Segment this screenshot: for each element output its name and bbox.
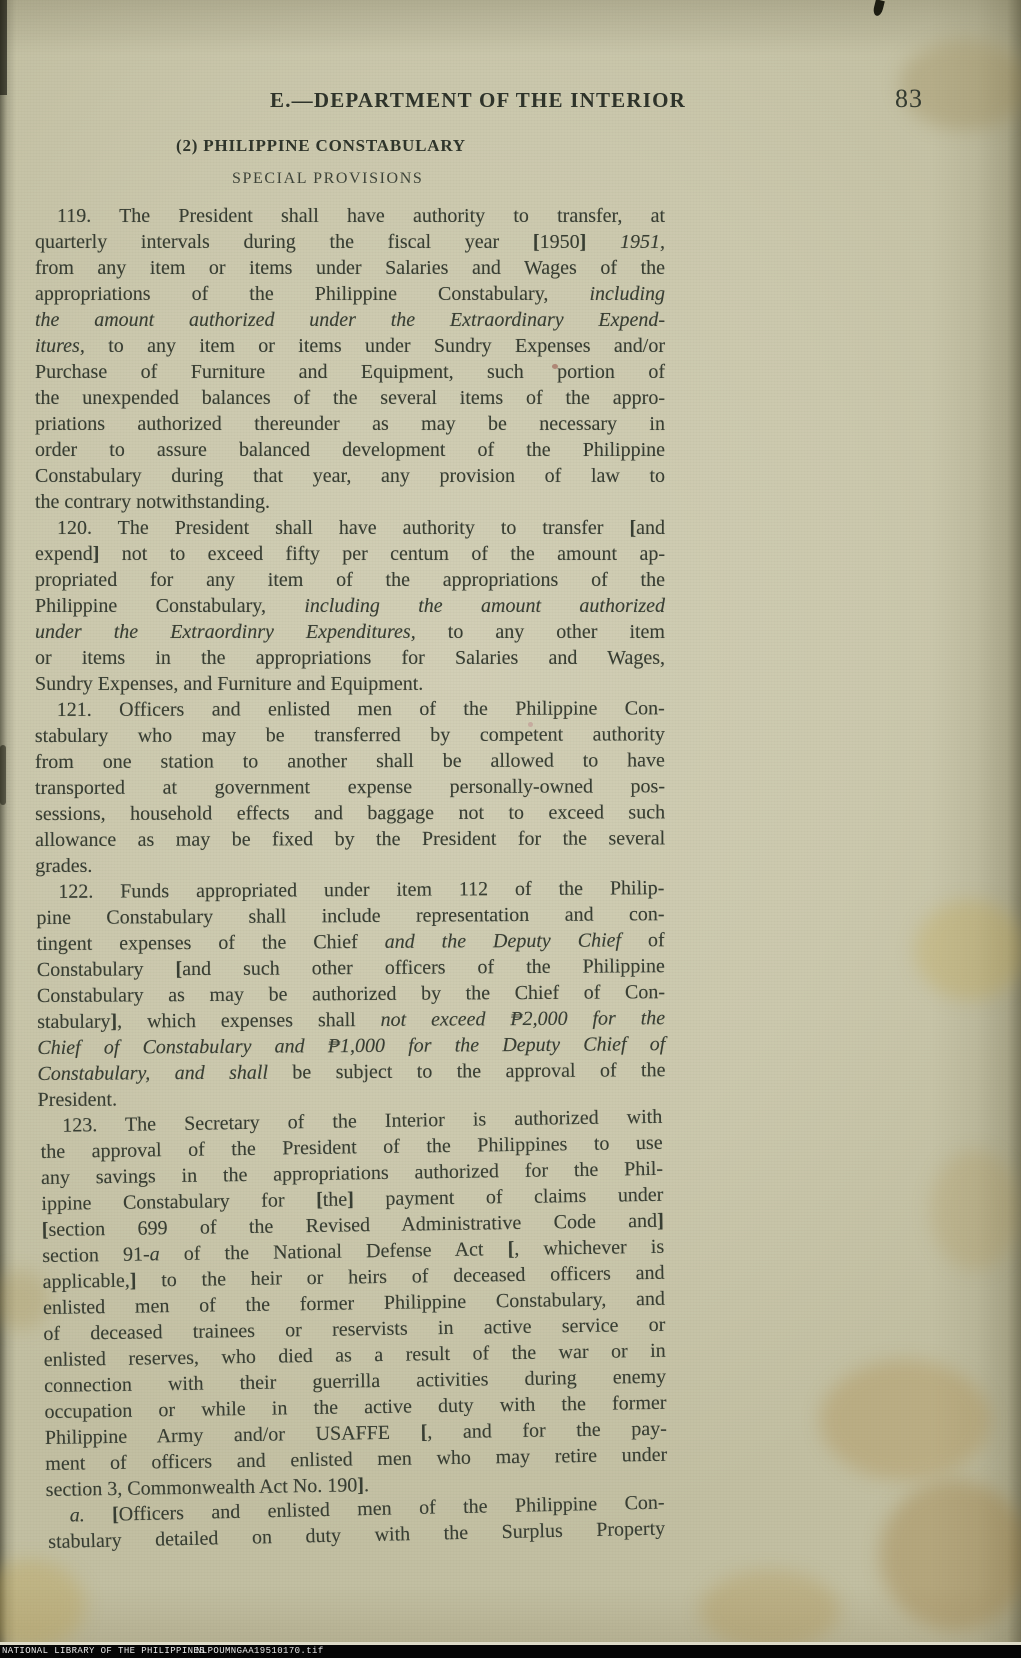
text-line: Constabulary during that year, any provi… xyxy=(35,463,665,489)
paragraph-123: 123. The Secretary of the Interior is au… xyxy=(40,1104,668,1503)
page-number: 83 xyxy=(895,84,923,114)
text-line: Constabulary [and such other officers of… xyxy=(37,953,665,983)
text-line: appropriations of the Philippine Constab… xyxy=(35,281,665,307)
text-line: order to assure balanced development of … xyxy=(35,437,665,463)
text-line: 121. Officers and enlisted men of the Ph… xyxy=(35,695,665,723)
text-line: quarterly intervals during the fiscal ye… xyxy=(35,229,665,255)
text-line: stabulary], which expenses shall not exc… xyxy=(37,1005,665,1035)
text-line: sessions, household effects and baggage … xyxy=(35,799,665,827)
text-line: the contrary notwithstanding. xyxy=(35,489,665,515)
paragraph-121: 121. Officers and enlisted men of the Ph… xyxy=(35,695,665,879)
text-line: tingent expenses of the Chief and the De… xyxy=(37,927,665,957)
text-line: from any item or items under Salaries an… xyxy=(35,255,665,281)
text-line: Constabulary as may be authorized by the… xyxy=(37,979,665,1009)
text-line: pine Constabulary shall include represen… xyxy=(36,901,664,931)
text-line: or items in the appropriations for Salar… xyxy=(35,645,665,671)
scanned-document-page: E.—DEPARTMENT OF THE INTERIOR 83 (2) PHI… xyxy=(0,0,1021,1658)
footer-filename: NLPOUMNGAA19510170.tif xyxy=(196,1645,324,1658)
text-line: the unexpended balances of the several i… xyxy=(35,385,665,411)
text-line: Sundry Expenses, and Furniture and Equip… xyxy=(35,671,665,697)
text-line: expend] not to exceed fifty per centum o… xyxy=(35,541,665,567)
text-line: 122. Funds appropriated under item 112 o… xyxy=(36,875,664,905)
paragraph-122: 122. Funds appropriated under item 112 o… xyxy=(36,875,665,1113)
text-line: the amount authorized under the Extraord… xyxy=(35,307,665,333)
paragraph-120: 120. The President shall have authority … xyxy=(35,515,665,697)
text-line: Purchase of Furniture and Equipment, suc… xyxy=(35,359,665,385)
text-line: Philippine Constabulary, including the a… xyxy=(35,593,665,619)
footer-library-label: NATIONAL LIBRARY OF THE PHILIPPINES xyxy=(2,1645,205,1658)
text-line: priations authorized thereunder as may b… xyxy=(35,411,665,437)
text-line: under the Extraordinry Expenditures, to … xyxy=(35,619,665,645)
scanner-footer-bar: NATIONAL LIBRARY OF THE PHILIPPINES NLPO… xyxy=(0,1645,1021,1658)
section-heading: (2) PHILIPPINE CONSTABULARY xyxy=(176,136,466,156)
text-line: 119. The President shall have authority … xyxy=(35,203,665,229)
text-line: itures, to any item or items under Sundr… xyxy=(35,333,665,359)
text-line: Chief of Constabulary and ₱1,000 for the… xyxy=(37,1031,665,1061)
text-line: stabulary who may be transferred by comp… xyxy=(35,721,665,749)
text-line: propriated for any item of the appropria… xyxy=(35,567,665,593)
text-line: allowance as may be fixed by the Preside… xyxy=(35,825,665,853)
text-line: transported at government expense person… xyxy=(35,773,665,801)
paragraph-119: 119. The President shall have authority … xyxy=(35,203,665,515)
text-line: 120. The President shall have authority … xyxy=(35,515,665,541)
text-line: from one station to another shall be all… xyxy=(35,747,665,775)
page-title: E.—DEPARTMENT OF THE INTERIOR xyxy=(268,88,688,113)
body-text: 119. The President shall have authority … xyxy=(35,203,665,1555)
subheading: SPECIAL PROVISIONS xyxy=(232,170,423,188)
text-line: Constabulary, and shall be subject to th… xyxy=(37,1057,665,1087)
